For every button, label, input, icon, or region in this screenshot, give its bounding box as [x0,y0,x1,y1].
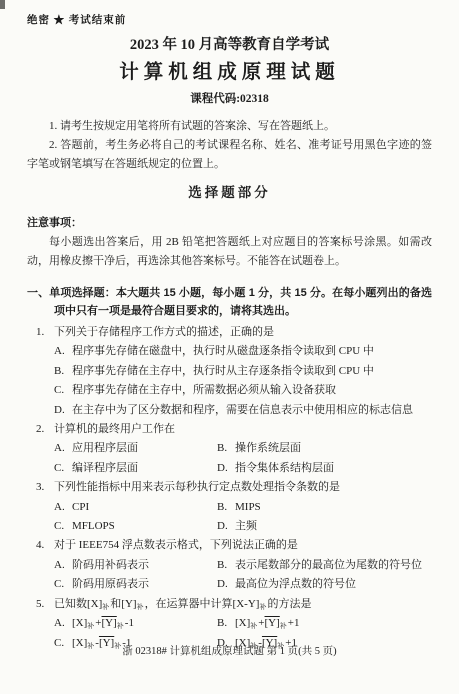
classification-label: 绝密 ★ 考试结束前 [27,14,432,27]
part-one-header: 一、单项选择题：本大题共 15 小题，每小题 1 分，共 15 分。在每小题列出… [27,284,432,320]
option: C.编译程序层面 [54,459,217,478]
question-text: 下列关于存储程序工作方式的描述，正确的是 [54,326,274,338]
exam-paper-page: 绝密 ★ 考试结束前 2023 年 10 月高等教育自学考试 计算机组成原理试题… [0,0,459,694]
question: 1.下列关于存储程序工作方式的描述，正确的是A.程序事先存储在磁盘中，执行时从磁… [27,323,432,420]
instruction-item-1: 1. 请考生按规定用笔将所有试题的答案涂、写在答题纸上。 [27,117,432,136]
page-footer: 浙 02318# 计算机组成原理试题 第 1 页(共 5 页) [0,645,459,659]
formula-part: +1 [288,617,300,629]
option: B.[X]补+[Y]补+1 [217,614,432,633]
question-list: 1.下列关于存储程序工作方式的描述，正确的是A.程序事先存储在磁盘中，执行时从磁… [27,323,432,653]
option-text: CPI [72,501,89,513]
option-text: 程序事先存储在磁盘中，执行时从磁盘逐条指令读取到 CPU 中 [72,345,374,357]
option: D.指令集体系结构层面 [217,459,432,478]
question-stem: 3.下列性能指标中用来表示每秒执行定点数处理指令条数的是 [27,478,432,497]
question-text: 下列性能指标中用来表示每秒执行定点数处理指令条数的是 [54,481,340,493]
option: B.MIPS [217,498,432,517]
formula-part: [Y] [102,617,117,629]
option: C.阶码用原码表示 [54,575,217,594]
option: A.CPI [54,498,217,517]
option: D.最高位为浮点数的符号位 [217,575,432,594]
option-label: C. [54,575,72,594]
exam-session-title: 2023 年 10 月高等教育自学考试 [27,36,432,54]
question-number: 4. [36,536,48,555]
instruction-item-2: 2. 答题前，考生务必将自己的考试课程名称、姓名、准考证号用黑色字迹的签字笔或钢… [27,136,432,174]
option: D.在主存中为了区分数据和程序，需要在信息表示中使用相应的标志信息 [54,401,432,420]
option-text: MIPS [235,501,261,513]
option: A.应用程序层面 [54,439,217,458]
formula-part: [X] [235,617,250,629]
question-text: 对于 IEEE754 浮点数表示格式，下列说法正确的是 [54,539,298,551]
question-text: 已知数[X]补和[Y]补，在运算器中计算[X-Y]补的方法是 [54,598,311,610]
scan-artifact [0,0,5,9]
question-number: 5. [36,595,48,614]
formula-part: [Y] [265,617,280,629]
option-label: B. [54,362,72,381]
question: 2.计算机的最终用户工作在A.应用程序层面B.操作系统层面C.编译程序层面D.指… [27,420,432,478]
section-title: 选择题部分 [27,184,432,201]
question-options: A.CPIB.MIPSC.MFLOPSD.主频 [27,498,432,537]
option-text: 编译程序层面 [72,462,138,474]
question-number: 3. [36,478,48,497]
formula-part: 已知数[X] [54,598,102,610]
option-label: A. [54,556,72,575]
option-label: A. [54,342,72,361]
option: C.程序事先存储在主存中，所需数据必须从输入设备获取 [54,381,432,400]
notice-heading: 注意事项： [27,214,432,233]
option-text: 应用程序层面 [72,442,138,454]
subscript: 补 [117,622,124,630]
option-label: D. [217,517,235,536]
option-text: 主频 [235,520,257,532]
option-text: 表示尾数部分的最高位为尾数的符号位 [235,559,422,571]
question-options: A.程序事先存储在磁盘中，执行时从磁盘逐条指令读取到 CPU 中B.程序事先存储… [27,342,432,420]
option-text: [X]补+[Y]补+1 [235,617,300,629]
option-label: C. [54,459,72,478]
question-options: A.阶码用补码表示B.表示尾数部分的最高位为尾数的符号位C.阶码用原码表示D.最… [27,556,432,595]
option-label: C. [54,381,72,400]
option-label: A. [54,614,72,633]
option-label: D. [217,575,235,594]
formula-part: ，在运算器中计算[X-Y] [145,598,260,610]
formula-part: 的方法是 [267,598,311,610]
subscript: 补 [102,603,109,611]
option: A.阶码用补码表示 [54,556,217,575]
subscript: 补 [259,603,266,611]
option: B.程序事先存储在主存中，执行时从主存逐条指令读取到 CPU 中 [54,362,432,381]
option-label: A. [54,439,72,458]
question-number: 2. [36,420,48,439]
option-text: 指令集体系结构层面 [235,462,334,474]
option-label: B. [217,439,235,458]
formula-part: 和[Y] [110,598,136,610]
question-stem: 1.下列关于存储程序工作方式的描述，正确的是 [27,323,432,342]
option-label: B. [217,556,235,575]
option: A.[X]补+[Y]补-1 [54,614,217,633]
subscript: 补 [87,622,94,630]
option-text: 程序事先存储在主存中，所需数据必须从输入设备获取 [72,384,336,396]
course-code: 课程代码:02318 [27,92,432,106]
option-text: 阶码用原码表示 [72,578,149,590]
option: B.操作系统层面 [217,439,432,458]
option: B.表示尾数部分的最高位为尾数的符号位 [217,556,432,575]
question: 4.对于 IEEE754 浮点数表示格式，下列说法正确的是A.阶码用补码表示B.… [27,536,432,594]
option-label: A. [54,498,72,517]
subscript: 补 [280,622,287,630]
formula-part: -1 [125,617,134,629]
option-text: 阶码用补码表示 [72,559,149,571]
option: C.MFLOPS [54,517,217,536]
option-label: B. [217,498,235,517]
option-label: D. [217,459,235,478]
option-text: 操作系统层面 [235,442,301,454]
question-number: 1. [36,323,48,342]
subscript: 补 [137,603,144,611]
option-label: C. [54,517,72,536]
question-options: A.应用程序层面B.操作系统层面C.编译程序层面D.指令集体系结构层面 [27,439,432,478]
option: A.程序事先存储在磁盘中，执行时从磁盘逐条指令读取到 CPU 中 [54,342,432,361]
option-label: B. [217,614,235,633]
notice-body: 每小题选出答案后，用 2B 铅笔把答题纸上对应题目的答案标号涂黑。如需改动，用橡… [27,233,432,271]
question-stem: 2.计算机的最终用户工作在 [27,420,432,439]
option-text: 在主存中为了区分数据和程序，需要在信息表示中使用相应的标志信息 [72,404,413,416]
option-label: D. [54,401,72,420]
question-stem: 5.已知数[X]补和[Y]补，在运算器中计算[X-Y]补的方法是 [27,595,432,614]
option-text: 最高位为浮点数的符号位 [235,578,356,590]
option: D.主频 [217,517,432,536]
option-text: [X]补+[Y]补-1 [72,617,134,629]
question-stem: 4.对于 IEEE754 浮点数表示格式，下列说法正确的是 [27,536,432,555]
option-text: MFLOPS [72,520,115,532]
subscript: 补 [250,622,257,630]
option-text: 程序事先存储在主存中，执行时从主存逐条指令读取到 CPU 中 [72,365,374,377]
question: 3.下列性能指标中用来表示每秒执行定点数处理指令条数的是A.CPIB.MIPSC… [27,478,432,536]
paper-title: 计算机组成原理试题 [27,60,432,85]
formula-part: [X] [72,617,87,629]
question-text: 计算机的最终用户工作在 [54,423,175,435]
